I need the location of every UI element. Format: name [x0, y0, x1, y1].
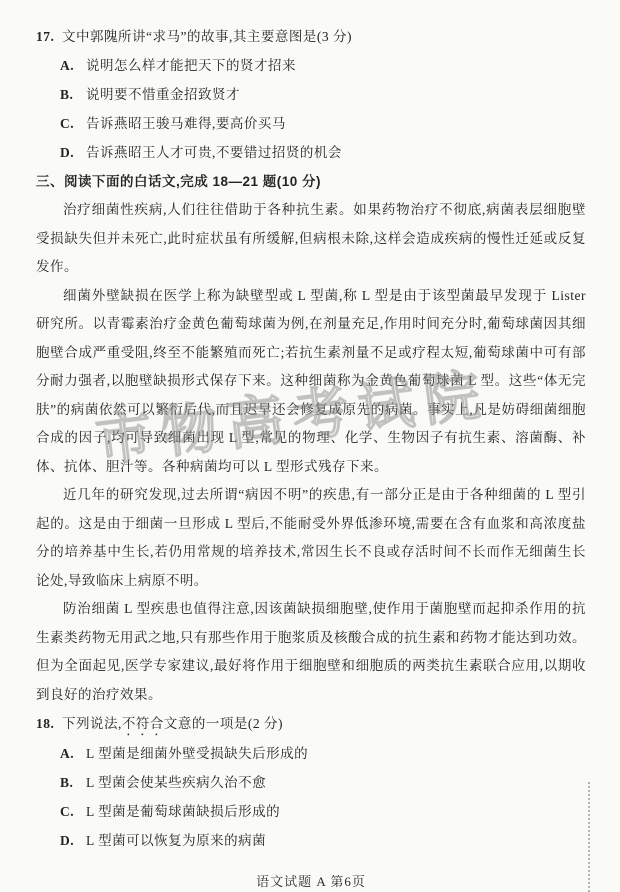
option-label: C. — [60, 797, 86, 826]
option-text: L 型菌会使某些疾病久治不愈 — [86, 768, 586, 797]
reading-passage: 治疗细菌性疾病,人们往往借助于各种抗生素。如果药物治疗不彻底,病菌表层细胞壁受损… — [36, 196, 586, 709]
question-18-stem-row: 18. 下列说法,不符合文意的一项是(2 分) — [36, 709, 586, 739]
option-row-b: B. 说明要不惜重金招致贤才 — [36, 80, 586, 109]
option-row-a: A. L 型菌是细菌外壁受损缺失后形成的 — [36, 739, 586, 768]
option-text: L 型菌是葡萄球菌缺损后形成的 — [86, 797, 586, 826]
question-stem: 文中郭隗所讲“求马”的故事,其主要意图是(3 分) — [62, 22, 586, 51]
passage-paragraph-4: 防治细菌 L 型疾患也值得注意,因该菌缺损细胞壁,使作用于菌胞壁而起抑杀作用的抗… — [36, 595, 586, 709]
scan-artifact-dots — [588, 782, 590, 892]
emphasis-text: 不符合 — [122, 716, 164, 731]
option-row-d: D. L 型菌可以恢复为原来的病菌 — [36, 826, 586, 855]
option-row-c: C. 告诉燕昭王骏马难得,要高价买马 — [36, 109, 586, 138]
passage-paragraph-1: 治疗细菌性疾病,人们往往借助于各种抗生素。如果药物治疗不彻底,病菌表层细胞壁受损… — [36, 196, 586, 282]
option-label: C. — [60, 109, 86, 138]
passage-paragraph-2: 细菌外壁缺损在医学上称为缺壁型或 L 型菌,称 L 型是由于该型菌最早发现于 L… — [36, 282, 586, 482]
exam-page: 市物高考试院 17. 文中郭隗所讲“求马”的故事,其主要意图是(3 分) A. … — [0, 0, 620, 892]
page-footer: 语文试题 A 第6页 — [36, 871, 586, 890]
option-text: 说明怎么样才能把天下的贤才招来 — [86, 51, 586, 80]
option-row-a: A. 说明怎么样才能把天下的贤才招来 — [36, 51, 586, 80]
stem-text-after: 文意的一项是(2 分) — [164, 716, 283, 731]
option-label: D. — [60, 826, 86, 855]
option-row-c: C. L 型菌是葡萄球菌缺损后形成的 — [36, 797, 586, 826]
page-content: 17. 文中郭隗所讲“求马”的故事,其主要意图是(3 分) A. 说明怎么样才能… — [0, 0, 620, 890]
question-18: 18. 下列说法,不符合文意的一项是(2 分) A. L 型菌是细菌外壁受损缺失… — [36, 709, 586, 855]
option-label: A. — [60, 739, 86, 768]
option-text: 告诉燕昭王人才可贵,不要错过招贤的机会 — [86, 138, 586, 167]
option-row-d: D. 告诉燕昭王人才可贵,不要错过招贤的机会 — [36, 138, 586, 167]
section-heading: 三、阅读下面的白话文,完成 18—21 题(10 分) — [36, 167, 586, 196]
option-text: 告诉燕昭王骏马难得,要高价买马 — [86, 109, 586, 138]
option-label: B. — [60, 768, 86, 797]
option-row-b: B. L 型菌会使某些疾病久治不愈 — [36, 768, 586, 797]
question-17: 17. 文中郭隗所讲“求马”的故事,其主要意图是(3 分) A. 说明怎么样才能… — [36, 22, 586, 167]
stem-text-before: 下列说法, — [62, 716, 122, 731]
option-label: D. — [60, 138, 86, 167]
option-label: A. — [60, 51, 86, 80]
question-number: 17. — [36, 22, 62, 51]
option-label: B. — [60, 80, 86, 109]
option-text: 说明要不惜重金招致贤才 — [86, 80, 586, 109]
question-stem: 下列说法,不符合文意的一项是(2 分) — [62, 709, 586, 739]
option-text: L 型菌可以恢复为原来的病菌 — [86, 826, 586, 855]
passage-paragraph-3: 近几年的研究发现,过去所谓“病因不明”的疾患,有一部分正是由于各种细菌的 L 型… — [36, 481, 586, 595]
question-number: 18. — [36, 709, 62, 739]
question-17-stem-row: 17. 文中郭隗所讲“求马”的故事,其主要意图是(3 分) — [36, 22, 586, 51]
option-text: L 型菌是细菌外壁受损缺失后形成的 — [86, 739, 586, 768]
